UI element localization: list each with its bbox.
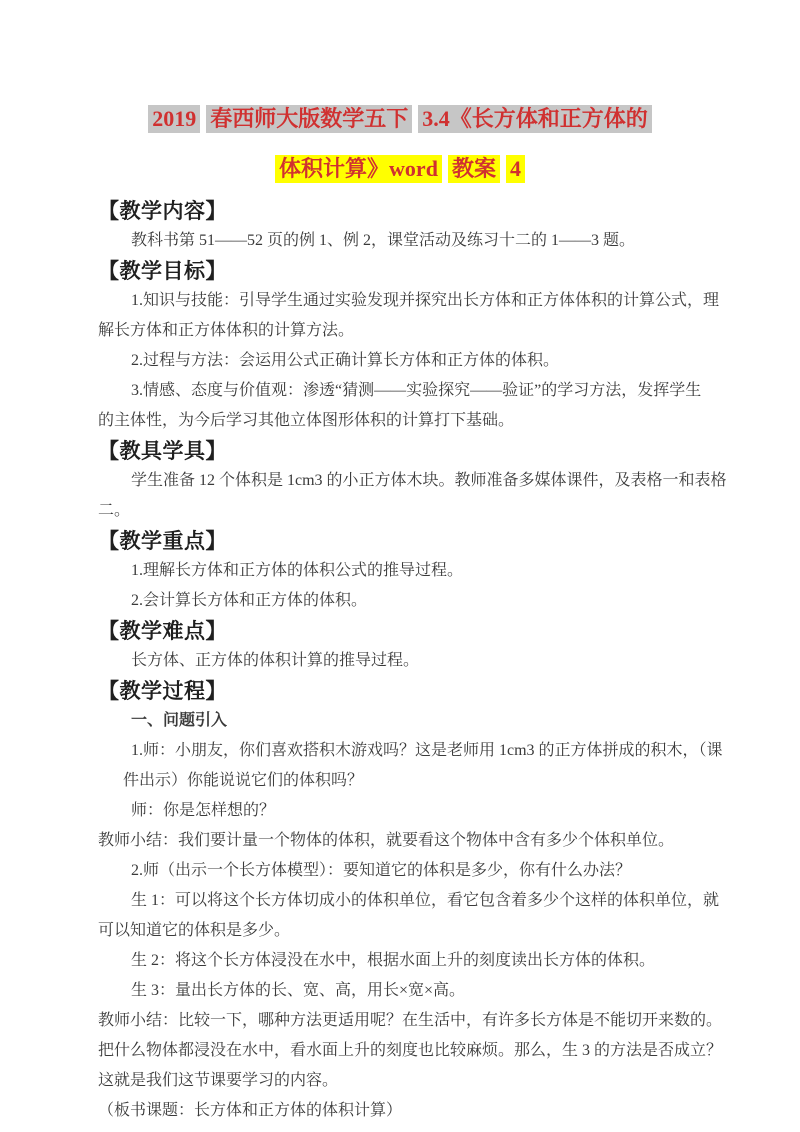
title-segment: 教案 — [448, 155, 500, 183]
text-line: 学生准备 12 个体积是 1cm3 的小正方体木块。教师准备多媒体课件，及表格一… — [98, 466, 720, 496]
document-body: 【教学内容】 教科书第 51——52 页的例 1、例 2，课堂活动及练习十二的 … — [98, 196, 720, 1126]
section-heading-teaching-aids: 【教具学具】 — [98, 436, 720, 466]
text-line: 2.过程与方法：会运用公式正确计算长方体和正方体的体积。 — [98, 346, 720, 376]
section-heading-teaching-goals: 【教学目标】 — [98, 256, 720, 286]
document-page: 2019春西师大版数学五下3.4《长方体和正方体的 体积计算》word教案4 【… — [0, 0, 800, 1132]
section-heading-teaching-process: 【教学过程】 — [98, 676, 720, 706]
text-line: 师：你是怎样想的？ — [98, 796, 720, 826]
text-line: 二。 — [98, 496, 720, 526]
text-line: 可以知道它的体积是多少。 — [98, 916, 720, 946]
text-line: 这就是我们这节课要学习的内容。 — [98, 1066, 720, 1096]
title-line-2: 体积计算》word教案4 — [0, 142, 800, 192]
text-line: 3.情感、态度与价值观：渗透“猜测——实验探究——验证”的学习方法，发挥学生 — [98, 376, 720, 406]
section-heading-key-points: 【教学重点】 — [98, 526, 720, 556]
text-line: 把什么物体都浸没在水中，看水面上升的刻度也比较麻烦。那么，生 3 的方法是否成立… — [98, 1036, 720, 1066]
title-segment: 2019 — [148, 105, 200, 133]
text-line: 2.师（出示一个长方体模型）：要知道它的体积是多少，你有什么办法？ — [98, 856, 720, 886]
text-line: （板书课题：长方体和正方体的体积计算） — [98, 1096, 720, 1126]
title-segment: 4 — [506, 155, 525, 183]
text-line: 1.师：小朋友，你们喜欢搭积木游戏吗？这是老师用 1cm3 的正方体拼成的积木，… — [98, 736, 720, 766]
text-line: 教师小结：比较一下，哪种方法更适用呢？在生活中，有许多长方体是不能切开来数的。 — [98, 1006, 720, 1036]
text-line: 生 3：量出长方体的长、宽、高，用长×宽×高。 — [98, 976, 720, 1006]
text-line: 件出示）你能说说它们的体积吗？ — [98, 766, 720, 796]
section-heading-teaching-content: 【教学内容】 — [98, 196, 720, 226]
text-line: 2.会计算长方体和正方体的体积。 — [98, 586, 720, 616]
text-line: 长方体、正方体的体积计算的推导过程。 — [98, 646, 720, 676]
text-line: 解长方体和正方体体积的计算方法。 — [98, 316, 720, 346]
text-line: 生 1：可以将这个长方体切成小的体积单位，看它包含着多少个这样的体积单位，就 — [98, 886, 720, 916]
title-segment: 3.4《长方体和正方体的 — [418, 105, 652, 133]
text-line: 1.知识与技能：引导学生通过实验发现并探究出长方体和正方体体积的计算公式，理 — [98, 286, 720, 316]
document-title: 2019春西师大版数学五下3.4《长方体和正方体的 体积计算》word教案4 — [0, 92, 800, 192]
title-line-1: 2019春西师大版数学五下3.4《长方体和正方体的 — [0, 92, 800, 142]
subsection-heading: 一、问题引入 — [98, 706, 720, 736]
section-heading-difficult-points: 【教学难点】 — [98, 616, 720, 646]
text-line: 的主体性，为今后学习其他立体图形体积的计算打下基础。 — [98, 406, 720, 436]
title-segment: 春西师大版数学五下 — [206, 105, 412, 133]
text-line: 生 2：将这个长方体浸没在水中，根据水面上升的刻度读出长方体的体积。 — [98, 946, 720, 976]
text-line: 教师小结：我们要计量一个物体的体积，就要看这个物体中含有多少个体积单位。 — [98, 826, 720, 856]
text-line: 1.理解长方体和正方体的体积公式的推导过程。 — [98, 556, 720, 586]
text-line: 教科书第 51——52 页的例 1、例 2，课堂活动及练习十二的 1——3 题。 — [98, 226, 720, 256]
title-segment: 体积计算》word — [275, 155, 442, 183]
